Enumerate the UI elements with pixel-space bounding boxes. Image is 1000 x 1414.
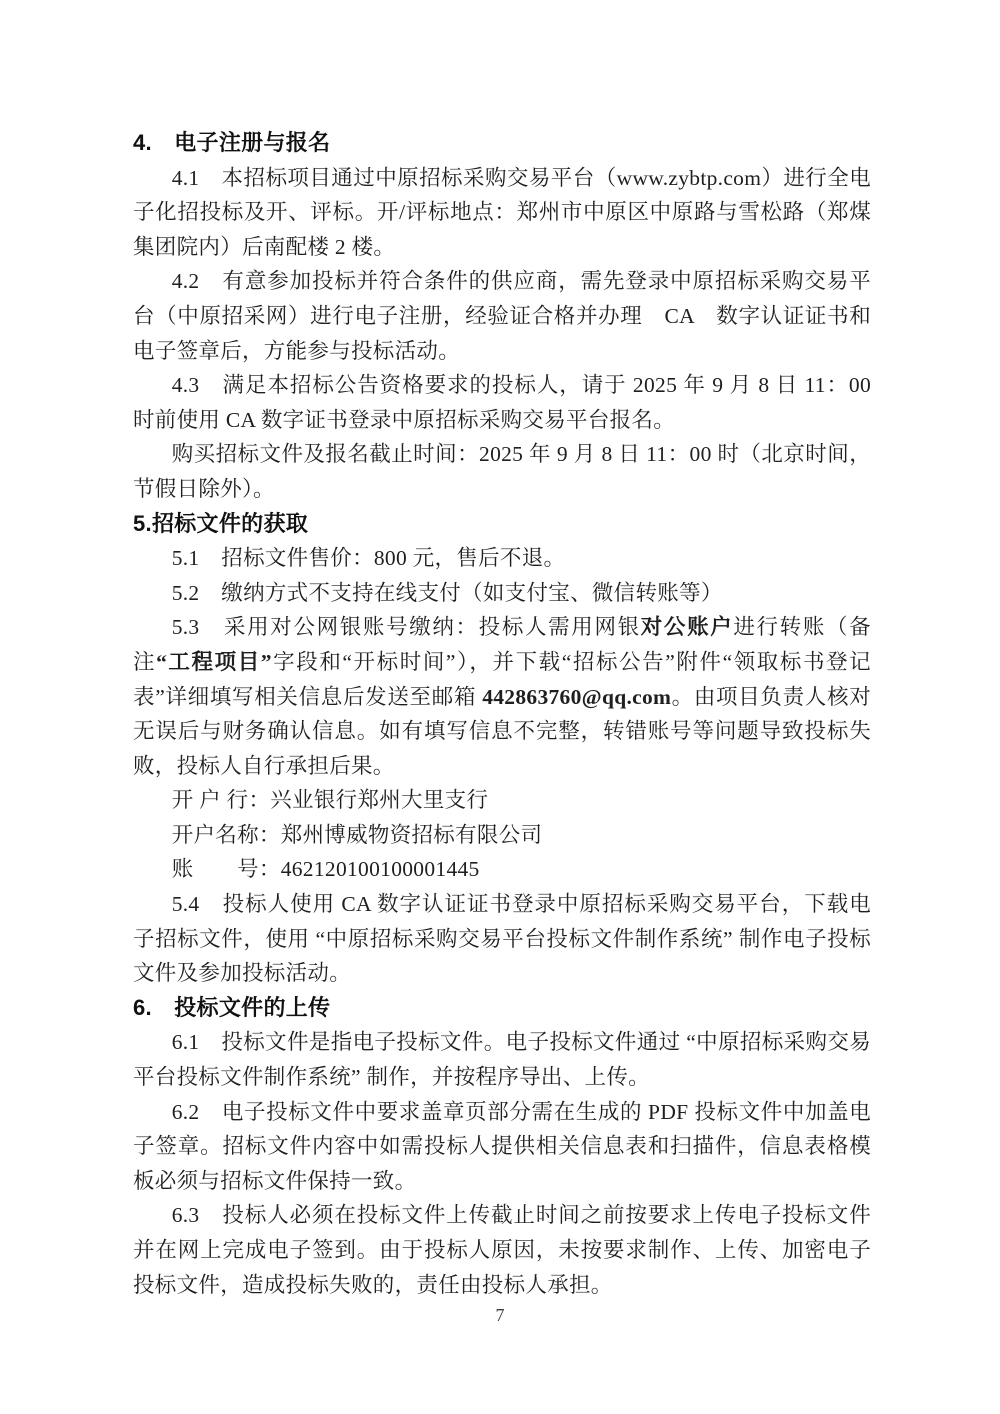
text-segment: 4.3 满足本招标公告资格要求的投标人，请于 2025 年 9 月 8 日 11… — [133, 373, 871, 432]
text-segment: 6.2 电子投标文件中要求盖章页部分需在生成的 PDF 投标文件中加盖电子签章。… — [133, 1100, 871, 1193]
text-segment: 5.2 缴纳方式不支持在线支付（如支付宝、微信转账等） — [172, 581, 723, 605]
paragraph: 开 户 行：兴业银行郑州大里支行 — [133, 783, 871, 818]
paragraph: 5.4 投标人使用 CA 数字认证证书登录中原招标采购交易平台，下载电子招标文件… — [133, 887, 871, 991]
text-segment: 5.1 招标文件售价：800 元，售后不退。 — [172, 546, 566, 570]
text-segment: 4.1 本招标项目通过中原招标采购交易平台（www.zybtp.com）进行全电… — [133, 166, 871, 259]
paragraph: 账 号：462120100100001445 — [133, 852, 871, 887]
text-segment: 5.4 投标人使用 CA 数字认证证书登录中原招标采购交易平台，下载电子招标文件… — [133, 892, 871, 985]
paragraph: 购买招标文件及报名截止时间：2025 年 9 月 8 日 11：00 时（北京时… — [133, 437, 871, 506]
paragraph: 5.2 缴纳方式不支持在线支付（如支付宝、微信转账等） — [133, 576, 871, 611]
paragraph: 6.2 电子投标文件中要求盖章页部分需在生成的 PDF 投标文件中加盖电子签章。… — [133, 1095, 871, 1199]
bold-text-segment: 5.招标文件的获取 — [133, 511, 308, 536]
paragraph: 6.3 投标人必须在投标文件上传截止时间之前按要求上传电子投标文件并在网上完成电… — [133, 1198, 871, 1302]
section-heading: 5.招标文件的获取 — [133, 507, 871, 542]
bold-text-segment: 442863760@qq.com — [482, 685, 671, 709]
paragraph: 4.3 满足本招标公告资格要求的投标人，请于 2025 年 9 月 8 日 11… — [133, 368, 871, 437]
text-segment: 开户名称：郑州博威物资招标有限公司 — [172, 823, 543, 847]
section-heading: 6. 投标文件的上传 — [133, 991, 871, 1026]
text-segment: 开 户 行：兴业银行郑州大里支行 — [172, 788, 489, 812]
document-page: 4. 电子注册与报名4.1 本招标项目通过中原招标采购交易平台（www.zybt… — [0, 0, 1000, 1414]
page-number: 7 — [0, 1305, 1000, 1326]
bold-text-segment: “工程项目” — [156, 650, 272, 674]
text-segment: 4.2 有意参加投标并符合条件的供应商，需先登录中原招标采购交易平台（中原招采网… — [133, 269, 871, 362]
text-segment: 6.3 投标人必须在投标文件上传截止时间之前按要求上传电子投标文件并在网上完成电… — [133, 1203, 871, 1296]
section-heading: 4. 电子注册与报名 — [133, 126, 871, 161]
paragraph: 5.3 采用对公网银账号缴纳：投标人需用网银对公账户进行转账（备注“工程项目”字… — [133, 610, 871, 783]
paragraph: 5.1 招标文件售价：800 元，售后不退。 — [133, 541, 871, 576]
bold-text-segment: 对公账户 — [641, 615, 734, 639]
text-segment: 6.1 投标文件是指电子投标文件。电子投标文件通过 “中原招标采购交易平台投标文… — [133, 1030, 871, 1089]
paragraph: 6.1 投标文件是指电子投标文件。电子投标文件通过 “中原招标采购交易平台投标文… — [133, 1025, 871, 1094]
paragraph: 开户名称：郑州博威物资招标有限公司 — [133, 818, 871, 853]
text-segment: 账 号：462120100100001445 — [172, 857, 480, 881]
text-segment: 5.3 采用对公网银账号缴纳：投标人需用网银 — [172, 615, 641, 639]
paragraph: 4.1 本招标项目通过中原招标采购交易平台（www.zybtp.com）进行全电… — [133, 161, 871, 265]
bold-text-segment: 4. 电子注册与报名 — [133, 130, 330, 155]
document-body: 4. 电子注册与报名4.1 本招标项目通过中原招标采购交易平台（www.zybt… — [133, 126, 871, 1302]
paragraph: 4.2 有意参加投标并符合条件的供应商，需先登录中原招标采购交易平台（中原招采网… — [133, 264, 871, 368]
text-segment: 购买招标文件及报名截止时间：2025 年 9 月 8 日 11：00 时（北京时… — [133, 442, 871, 501]
bold-text-segment: 6. 投标文件的上传 — [133, 995, 330, 1020]
